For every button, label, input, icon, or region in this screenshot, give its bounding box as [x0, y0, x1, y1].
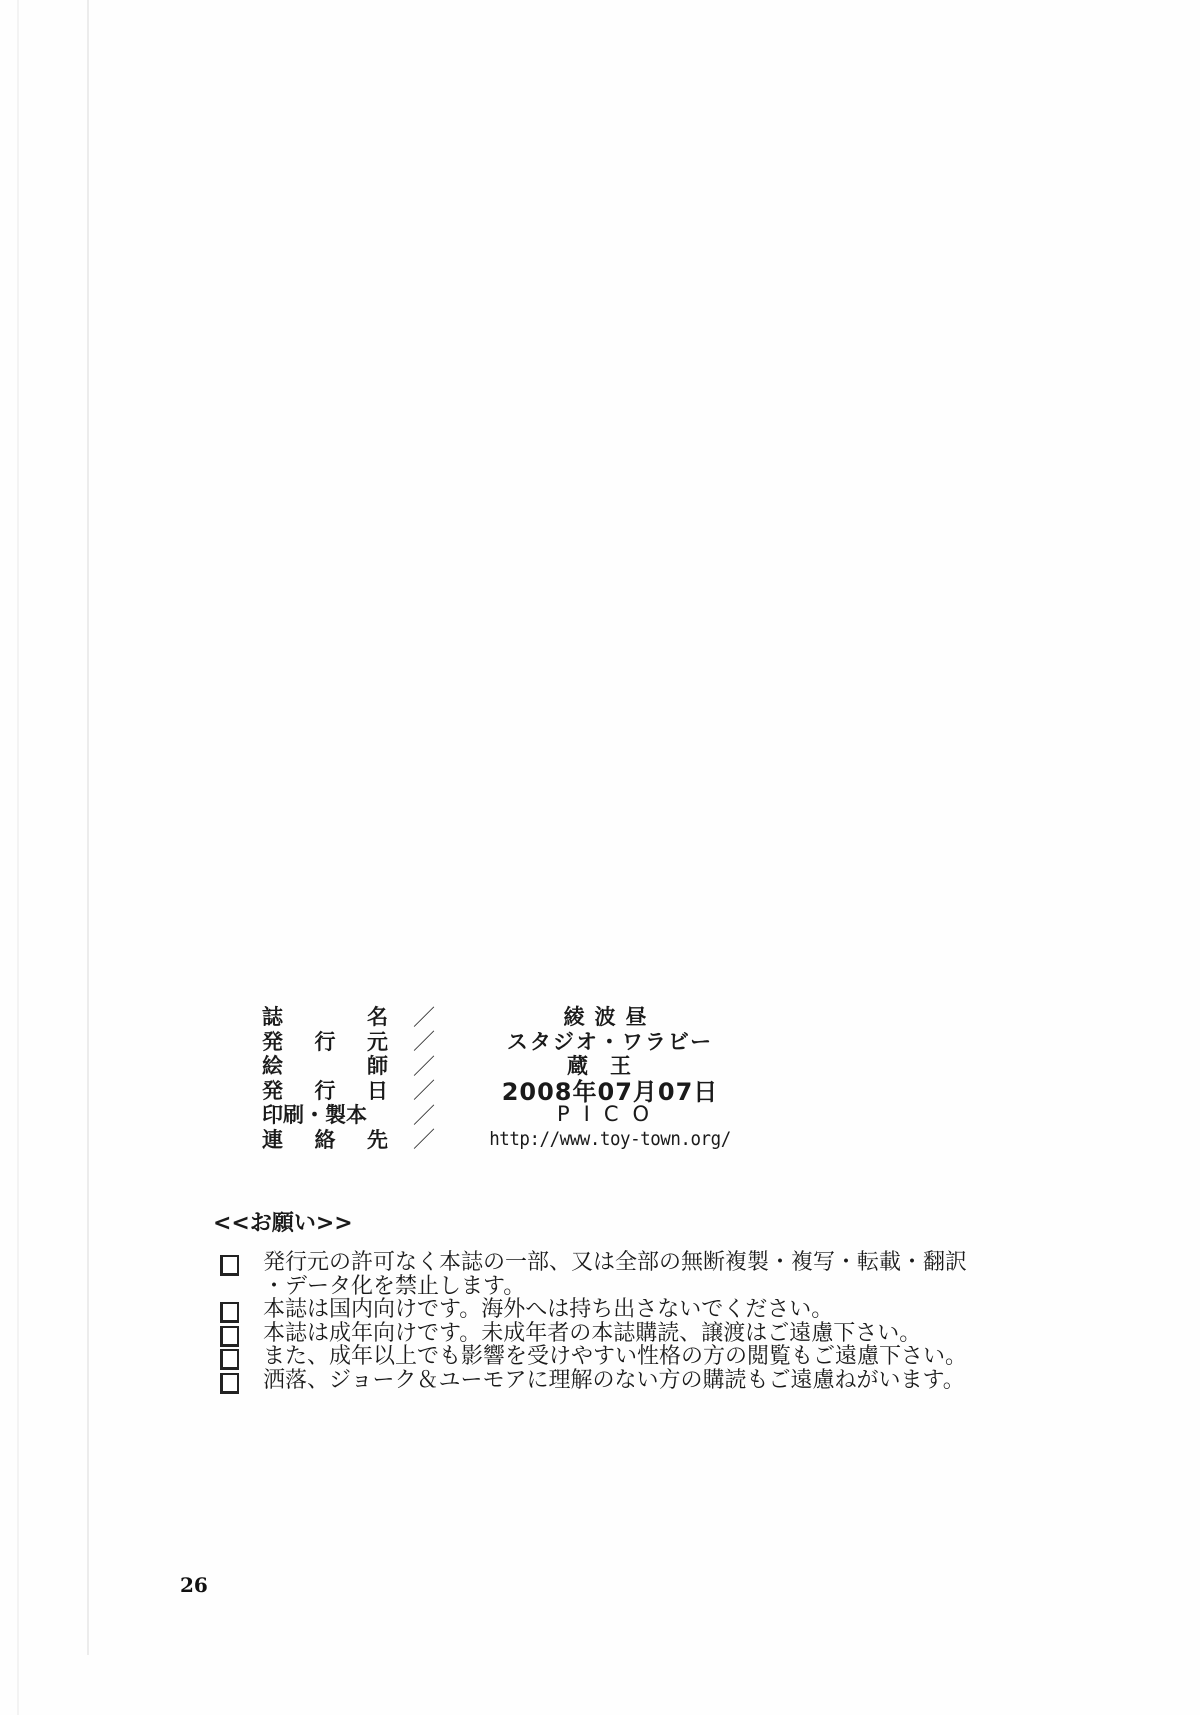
colophon-value-contact-url: http://www.toy-town.org/ [463, 1128, 757, 1150]
checkbox-square-icon [220, 1255, 239, 1276]
page-number: 26 [180, 1573, 208, 1597]
colophon: 誌 名 ／ 綾波昼 発 行 元 ／ スタジオ・ワラビー 絵 師 ／ 蔵王 発 行… [262, 1004, 770, 1151]
notice-text: また、成年以上でも影響を受けやすい性格の方の閲覧もご遠慮下さい。 [263, 1345, 967, 1369]
colophon-value-printer: PICO [450, 1102, 770, 1126]
checkbox-square-icon [220, 1373, 239, 1394]
notice-heading: <<お願い>> [213, 1206, 353, 1237]
checkbox-square-icon [220, 1326, 239, 1347]
page-gutter-line [87, 0, 89, 1655]
colophon-label: 連 絡 先 [262, 1124, 388, 1154]
notice-text: 本誌は国内向けです。海外へは持ち出さないでください。 [263, 1298, 967, 1322]
notice-item: 本誌は国内向けです。海外へは持ち出さないでください。 [215, 1298, 967, 1322]
colophon-row-contact: 連 絡 先 ／ http://www.toy-town.org/ [262, 1127, 770, 1152]
notice-item: 洒落、ジョーク＆ユーモアに理解のない方の購読もご遠慮ねがいます。 [215, 1369, 967, 1393]
notice-text: 発行元の許可なく本誌の一部、又は全部の無断複製・複写・転載・翻訳 [263, 1251, 967, 1275]
label-char: 先 [367, 1124, 388, 1154]
notice-item: また、成年以上でも影響を受けやすい性格の方の閲覧もご遠慮下さい。 [215, 1345, 967, 1369]
label-char: 連 [262, 1124, 283, 1154]
checkbox-square-icon [220, 1302, 239, 1323]
separator-slash: ／ [398, 1123, 450, 1154]
notice-text: 洒落、ジョーク＆ユーモアに理解のない方の購読もご遠慮ねがいます。 [263, 1369, 967, 1393]
checkbox-square-icon [220, 1349, 239, 1370]
notice-item: 発行元の許可なく本誌の一部、又は全部の無断複製・複写・転載・翻訳 ・データ化を禁… [215, 1251, 967, 1298]
page-edge-line [17, 0, 19, 1715]
label-char: 絡 [315, 1124, 336, 1154]
notice-text: 本誌は成年向けです。未成年者の本誌購読、譲渡はご遠慮下さい。 [263, 1322, 967, 1346]
notice-list: 発行元の許可なく本誌の一部、又は全部の無断複製・複写・転載・翻訳 ・データ化を禁… [215, 1251, 967, 1392]
notice-item: 本誌は成年向けです。未成年者の本誌購読、譲渡はご遠慮下さい。 [215, 1322, 967, 1346]
notice-text-continued: ・データ化を禁止します。 [263, 1275, 967, 1299]
